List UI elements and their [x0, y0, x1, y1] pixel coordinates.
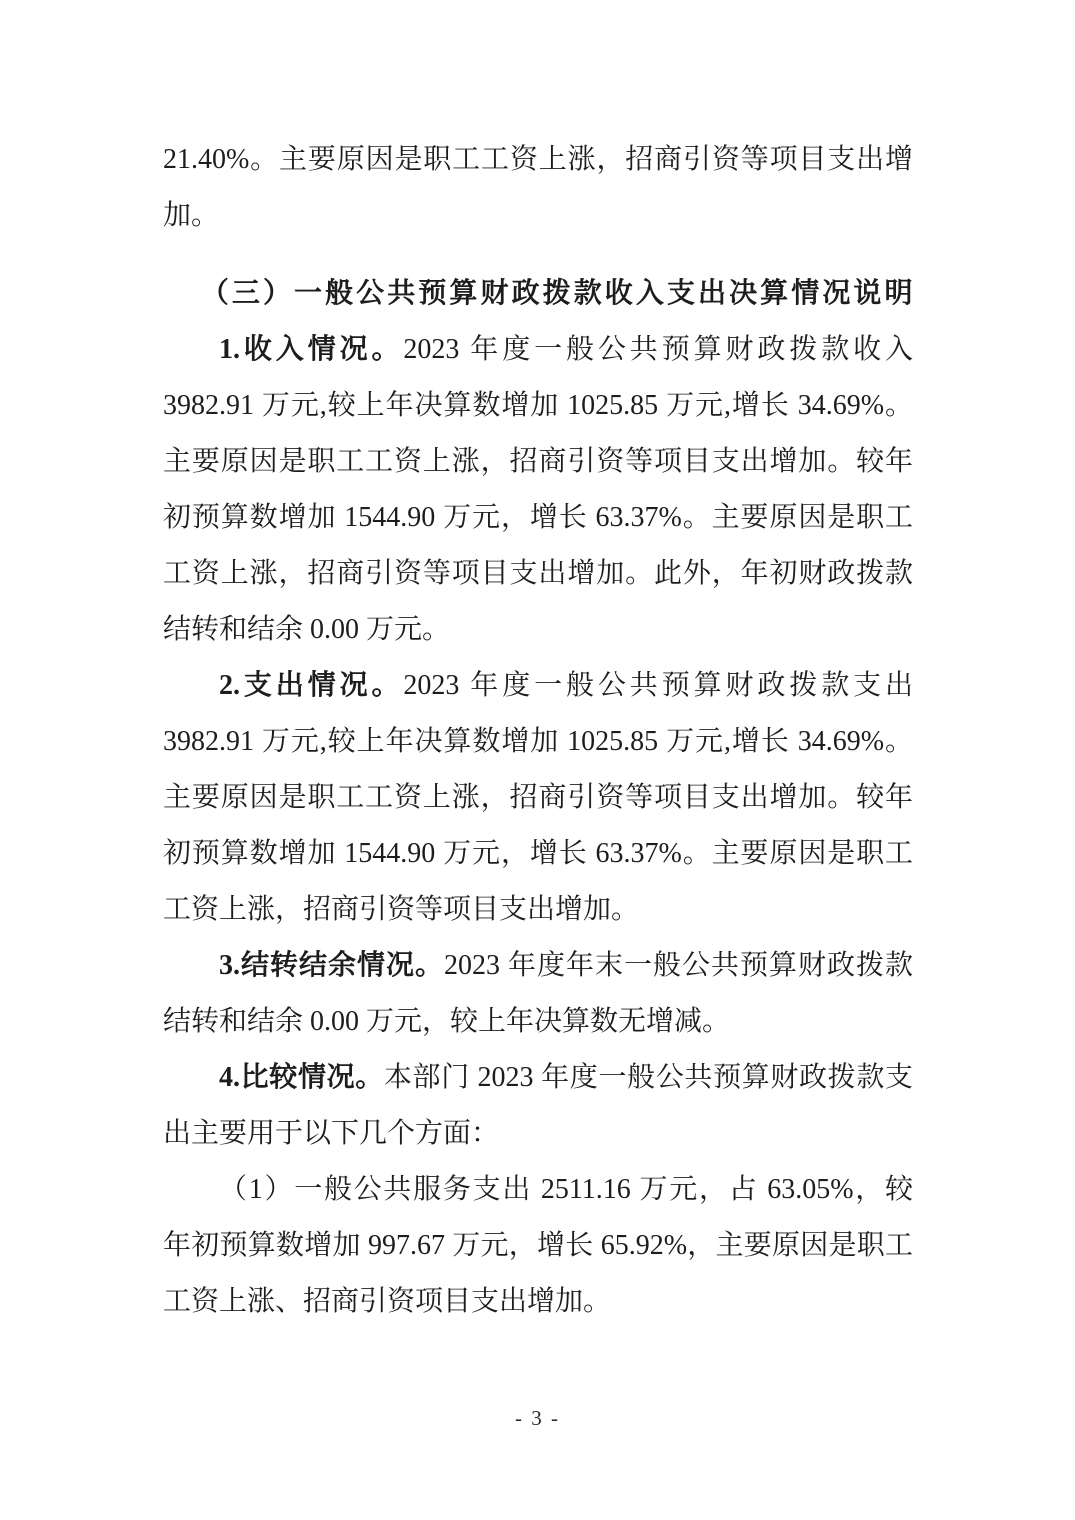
- paragraph-line: 1.收入情况。2023 年度一般公共预算财政拨款收入: [163, 322, 913, 378]
- line-text: （1）一般公共服务支出 2511.16 万元，占 63.05%，较: [219, 1174, 913, 1205]
- paragraph-line: 3.结转结余情况。2023 年度年末一般公共预算财政拨款: [163, 938, 913, 994]
- line-text: 结转和结余 0.00 万元，较上年决算数无增减。: [163, 1006, 730, 1037]
- paragraph-line: 结转和结余 0.00 万元，较上年决算数无增减。: [163, 994, 913, 1050]
- paragraph-line: 结转和结余 0.00 万元。: [163, 602, 913, 658]
- line-text: 主要原因是职工工资上涨，招商引资等项目支出增加。较年: [163, 446, 913, 477]
- line-text: 工资上涨、招商引资项目支出增加。: [163, 1286, 611, 1317]
- line-bold-lead: 4.比较情况。: [219, 1062, 384, 1093]
- paragraph-line: 2.支出情况。2023 年度一般公共预算财政拨款支出: [163, 658, 913, 714]
- line-bold-lead: 2.支出情况。: [219, 670, 403, 701]
- paragraph-line: 初预算数增加 1544.90 万元，增长 63.37%。主要原因是职工: [163, 826, 913, 882]
- section-heading: （三）一般公共预算财政拨款收入支出决算情况说明: [163, 266, 913, 322]
- page-number: - 3 -: [515, 1406, 560, 1430]
- paragraph-line: 3982.91 万元,较上年决算数增加 1025.85 万元,增长 34.69%…: [163, 378, 913, 434]
- paragraph-line: 年初预算数增加 997.67 万元，增长 65.92%，主要原因是职工: [163, 1218, 913, 1274]
- line-text: 加。: [163, 200, 219, 231]
- line-text: 3982.91 万元,较上年决算数增加 1025.85 万元,增长 34.69%…: [163, 726, 913, 757]
- paragraph-line: 初预算数增加 1544.90 万元，增长 63.37%。主要原因是职工: [163, 490, 913, 546]
- line-text: 主要原因是职工工资上涨，招商引资等项目支出增加。较年: [163, 782, 913, 813]
- paragraph-line: 主要原因是职工工资上涨，招商引资等项目支出增加。较年: [163, 434, 913, 490]
- document-page: 21.40%。主要原因是职工工资上涨，招商引资等项目支出增 加。 （三）一般公共…: [0, 0, 1075, 1520]
- line-text: 2023 年度一般公共预算财政拨款支出: [403, 670, 913, 701]
- line-bold-lead: 3.结转结余情况。: [219, 950, 444, 981]
- line-text: 初预算数增加 1544.90 万元，增长 63.37%。主要原因是职工: [163, 838, 913, 869]
- line-text: 本部门 2023 年度一般公共预算财政拨款支: [384, 1062, 913, 1093]
- line-text: 出主要用于以下几个方面：: [163, 1118, 499, 1149]
- page-footer: - 3 -: [0, 1404, 1075, 1432]
- line-bold-lead: 1.收入情况。: [219, 334, 403, 365]
- line-text: 21.40%。主要原因是职工工资上涨，招商引资等项目支出增: [163, 144, 913, 175]
- line-text: 年初预算数增加 997.67 万元，增长 65.92%，主要原因是职工: [163, 1230, 913, 1261]
- line-text: 2023 年度一般公共预算财政拨款收入: [403, 334, 913, 365]
- line-text: 3982.91 万元,较上年决算数增加 1025.85 万元,增长 34.69%…: [163, 390, 913, 421]
- line-text: 2023 年度年末一般公共预算财政拨款: [444, 950, 913, 981]
- paragraph-line: 工资上涨、招商引资项目支出增加。: [163, 1274, 913, 1330]
- line-text: 工资上涨，招商引资等项目支出增加。: [163, 894, 639, 925]
- paragraph-line: 工资上涨，招商引资等项目支出增加。此外，年初财政拨款: [163, 546, 913, 602]
- paragraph-line: 4.比较情况。本部门 2023 年度一般公共预算财政拨款支: [163, 1050, 913, 1106]
- document-body: 21.40%。主要原因是职工工资上涨，招商引资等项目支出增 加。 （三）一般公共…: [163, 132, 913, 1330]
- paragraph-line: 21.40%。主要原因是职工工资上涨，招商引资等项目支出增: [163, 132, 913, 188]
- paragraph-line: 加。: [163, 188, 913, 244]
- paragraph-line: 出主要用于以下几个方面：: [163, 1106, 913, 1162]
- paragraph-line: 工资上涨，招商引资等项目支出增加。: [163, 882, 913, 938]
- paragraph-line: 主要原因是职工工资上涨，招商引资等项目支出增加。较年: [163, 770, 913, 826]
- paragraph-line: 3982.91 万元,较上年决算数增加 1025.85 万元,增长 34.69%…: [163, 714, 913, 770]
- line-text: 结转和结余 0.00 万元。: [163, 614, 450, 645]
- paragraph-line: （1）一般公共服务支出 2511.16 万元，占 63.05%，较: [163, 1162, 913, 1218]
- line-text: 初预算数增加 1544.90 万元，增长 63.37%。主要原因是职工: [163, 502, 913, 533]
- line-text: 工资上涨，招商引资等项目支出增加。此外，年初财政拨款: [163, 558, 913, 589]
